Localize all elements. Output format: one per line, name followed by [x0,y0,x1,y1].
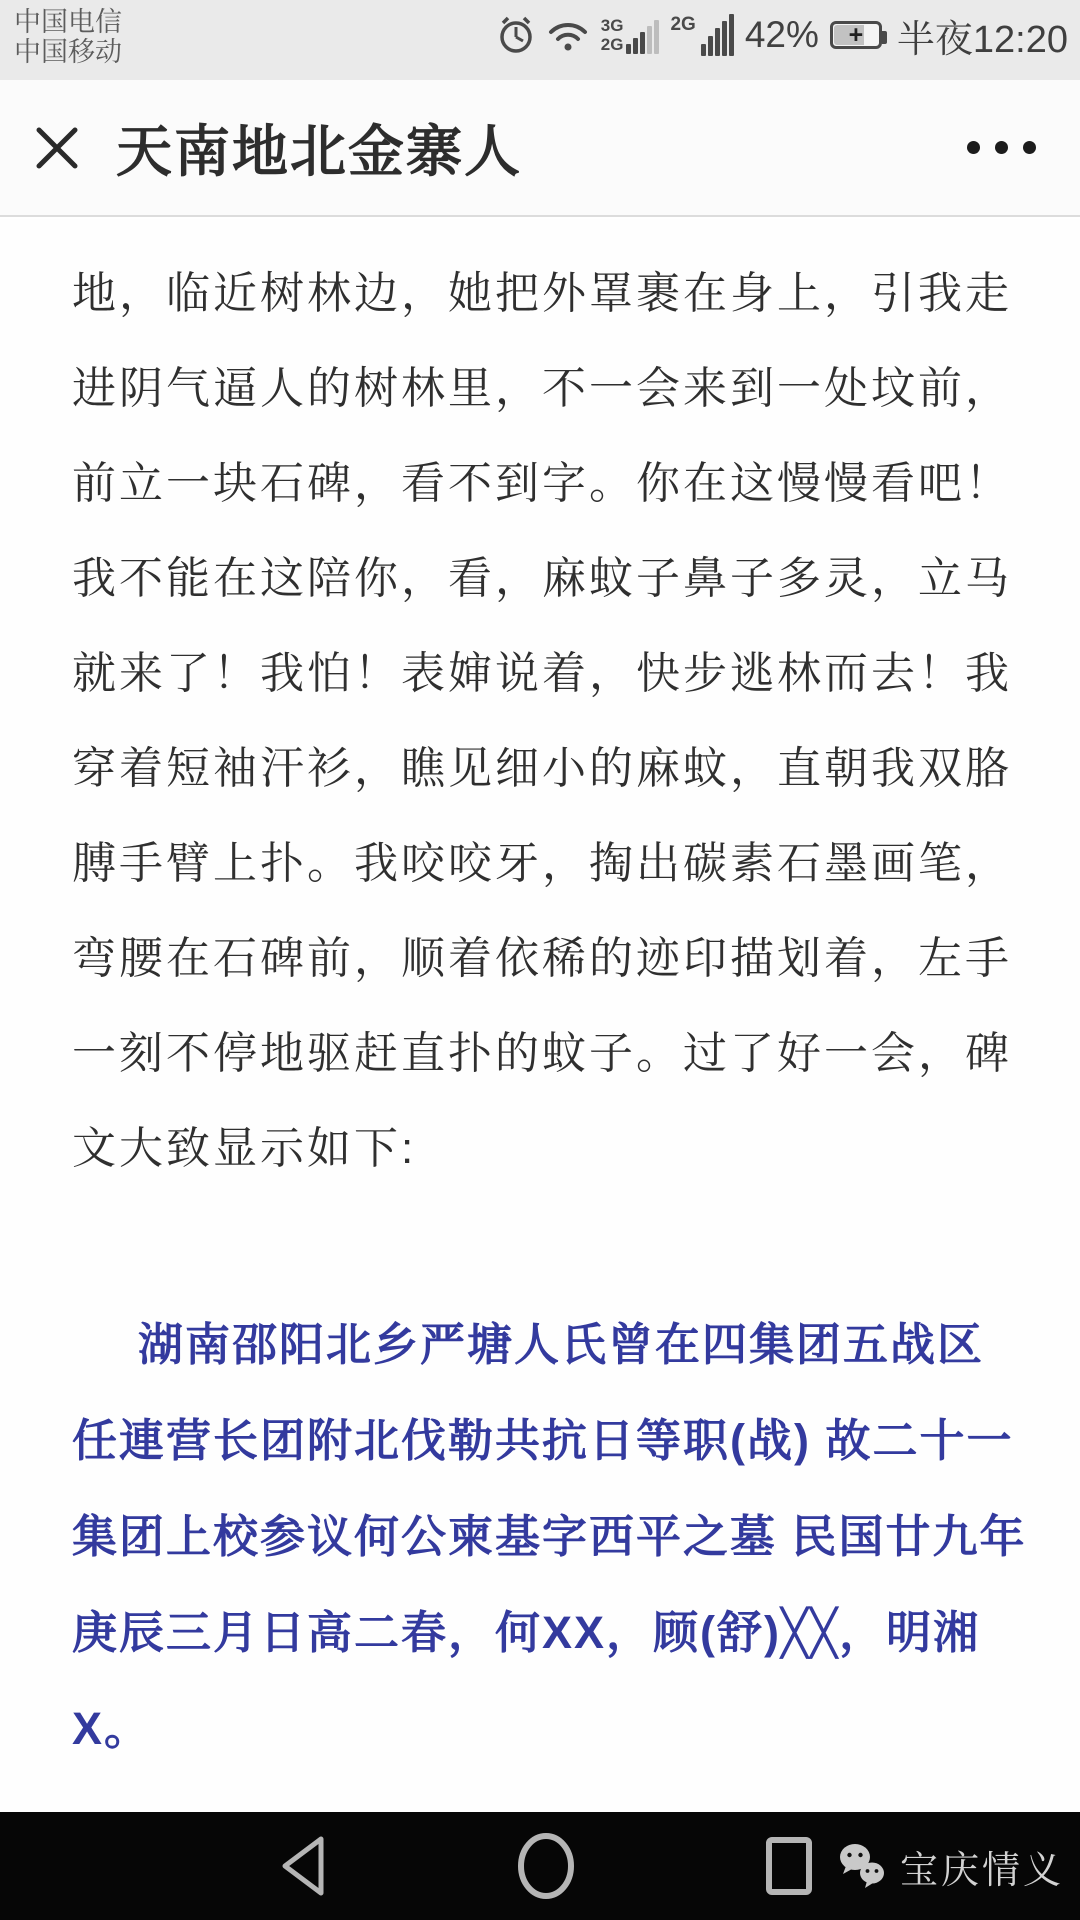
status-bar: 中国电信 中国移动 3G 2G [0,0,1080,80]
epitaph-line: X。 [72,1681,1020,1777]
status-time: 半夜12:20 [897,8,1068,63]
status-icon-cluster: 3G 2G 2G 42% + 半夜12:20 [497,7,1068,63]
text-line: 膊手臂上扑。我咬咬牙，掏出碳素石墨画笔， [72,816,1020,911]
watermark-text: 宝庆情义 [900,1839,1064,1894]
epitaph-line: 庚辰三月日高二春，何XX，顾(舒)╳╳，明湘 [72,1585,1020,1681]
android-back-icon [279,1835,327,1897]
battery-charging-icon: + [830,21,882,49]
sim2-network-type: 2G [670,14,695,36]
sim2-signal-icon: 2G [670,14,733,56]
sim1-network-type-bottom: 2G [601,35,624,54]
text-line: 一刻不停地驱赶直扑的蚊子。过了好一会，碑 [72,1006,1020,1101]
sim1-signal-bars [626,20,659,54]
back-button[interactable] [268,1812,338,1920]
android-home-icon [515,1831,577,1901]
text-line: 进阴气逼人的树林里，不一会来到一处坟前， [72,341,1020,436]
sim1-network-type-top: 3G [601,16,624,35]
sim2-signal-bars [701,14,734,56]
android-recents-icon [765,1836,813,1896]
close-icon[interactable] [32,123,82,173]
epitaph-line: 集团上校参议何公柬基字西平之墓 民国廿九年 [72,1489,1020,1585]
wechat-logo-icon [836,1842,888,1890]
charging-plus-symbol: + [833,24,879,46]
text-line: 就来了！我怕！表婶说着，快步逃林而去！我 [72,626,1020,721]
wifi-icon [546,17,590,53]
sim1-signal-icon: 3G 2G [601,16,660,54]
article-content: 地，临近树林边，她把外罩裹在身上，引我走 进阴气逼人的树林里，不一会来到一处坟前… [0,219,1080,1812]
battery-percentage: 42% [745,14,819,56]
title-bar: 天南地北金寨人 [0,80,1080,217]
text-line: 前立一块石碑，看不到字。你在这慢慢看吧！ [72,436,1020,531]
text-line: 我不能在这陪你，看，麻蚊子鼻子多灵，立马 [72,531,1020,626]
carrier-line2: 中国移动 [14,37,122,67]
watermark: 宝庆情义 [836,1812,1064,1920]
epitaph-line: 湖南邵阳北乡严塘人氏曾在四集团五战区 [72,1297,1020,1393]
recents-button[interactable] [754,1812,824,1920]
text-line: 穿着短袖汗衫，瞧见细小的麻蚊，直朝我双胳 [72,721,1020,816]
carrier-line1: 中国电信 [14,7,122,37]
page-title: 天南地北金寨人 [116,108,522,188]
alarm-clock-icon [497,15,535,55]
epitaph-line: 任連营长团附北伐勒共抗日等职(战) 故二十一 [72,1393,1020,1489]
more-menu-button[interactable] [967,121,1036,174]
article-paragraph: 地，临近树林边，她把外罩裹在身上，引我走 进阴气逼人的树林里，不一会来到一处坟前… [72,246,1020,1196]
phone-screen: 中国电信 中国移动 3G 2G [0,0,1080,1920]
text-line: 地，临近树林边，她把外罩裹在身上，引我走 [72,246,1020,341]
text-line: 文大致显示如下: [72,1101,1020,1196]
text-line: 弯腰在石碑前，顺着依稀的迹印描划着，左手 [72,911,1020,1006]
home-button[interactable] [511,1812,581,1920]
carrier-labels: 中国电信 中国移动 [14,7,122,67]
android-nav-bar: 宝庆情义 [0,1812,1080,1920]
epitaph-paragraph: 湖南邵阳北乡严塘人氏曾在四集团五战区 任連营长团附北伐勒共抗日等职(战) 故二十… [72,1297,1020,1777]
